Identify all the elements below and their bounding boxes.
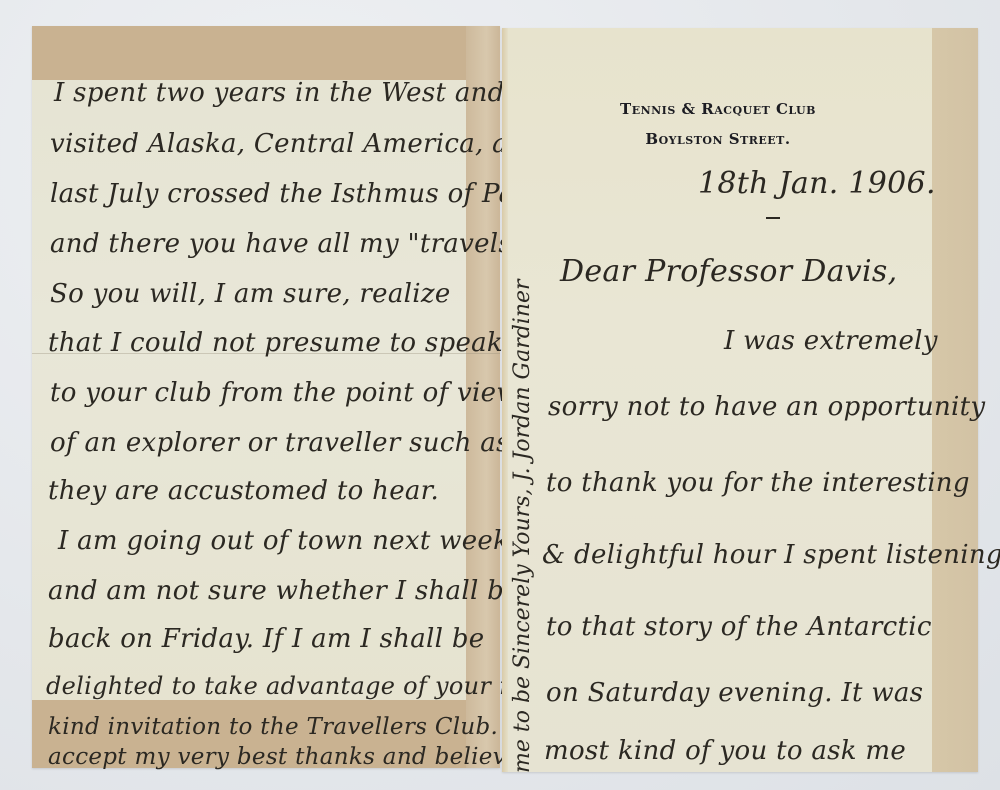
right-page: Tennis & Racquet Club Boylston Street. 1… xyxy=(502,28,978,772)
left-line-13: delighted to take advantage of your most xyxy=(46,672,559,700)
right-line-5: to that story of the Antarctic xyxy=(546,612,932,642)
letterhead-street: Boylston Street. xyxy=(480,130,956,148)
left-line-15: accept my very best thanks and believe xyxy=(48,744,520,770)
left-line-10: I am going out of town next week xyxy=(58,526,509,556)
left-line-5: So you will, I am sure, realize xyxy=(50,279,451,309)
letterhead-club-name: Tennis & Racquet Club xyxy=(480,100,956,118)
left-line-7: to your club from the point of view xyxy=(50,378,519,408)
date-underline xyxy=(766,217,780,219)
left-line-11: and am not sure whether I shall be xyxy=(48,576,520,606)
letter-date: 18th Jan. 1906. xyxy=(698,166,936,201)
left-line-12: back on Friday. If I am I shall be xyxy=(48,624,484,654)
right-line-1: I was extremely xyxy=(724,326,938,356)
left-line-14: kind invitation to the Travellers Club. … xyxy=(48,714,560,740)
left-line-6: that I could not presume to speak xyxy=(48,328,503,358)
margin-signature-note: me to be Sincerely Yours, J. Jordan Gard… xyxy=(510,279,535,773)
right-line-3: to thank you for the interesting xyxy=(546,468,970,498)
right-line-2: sorry not to have an opportunity xyxy=(548,392,985,422)
salutation: Dear Professor Davis, xyxy=(560,254,897,289)
left-line-2: visited Alaska, Central America, and xyxy=(50,129,542,159)
left-line-8: of an explorer or traveller such as xyxy=(50,428,510,458)
right-line-4: & delightful hour I spent listening xyxy=(542,540,1000,570)
left-line-1: I spent two years in the West and xyxy=(54,78,505,108)
left-page: I spent two years in the West and visite… xyxy=(32,26,500,768)
left-line-4: and there you have all my "travels". xyxy=(50,229,533,259)
right-line-6: on Saturday evening. It was xyxy=(546,678,923,708)
right-line-7: most kind of you to ask me xyxy=(544,736,906,766)
left-line-9: they are accustomed to hear. xyxy=(48,476,439,506)
